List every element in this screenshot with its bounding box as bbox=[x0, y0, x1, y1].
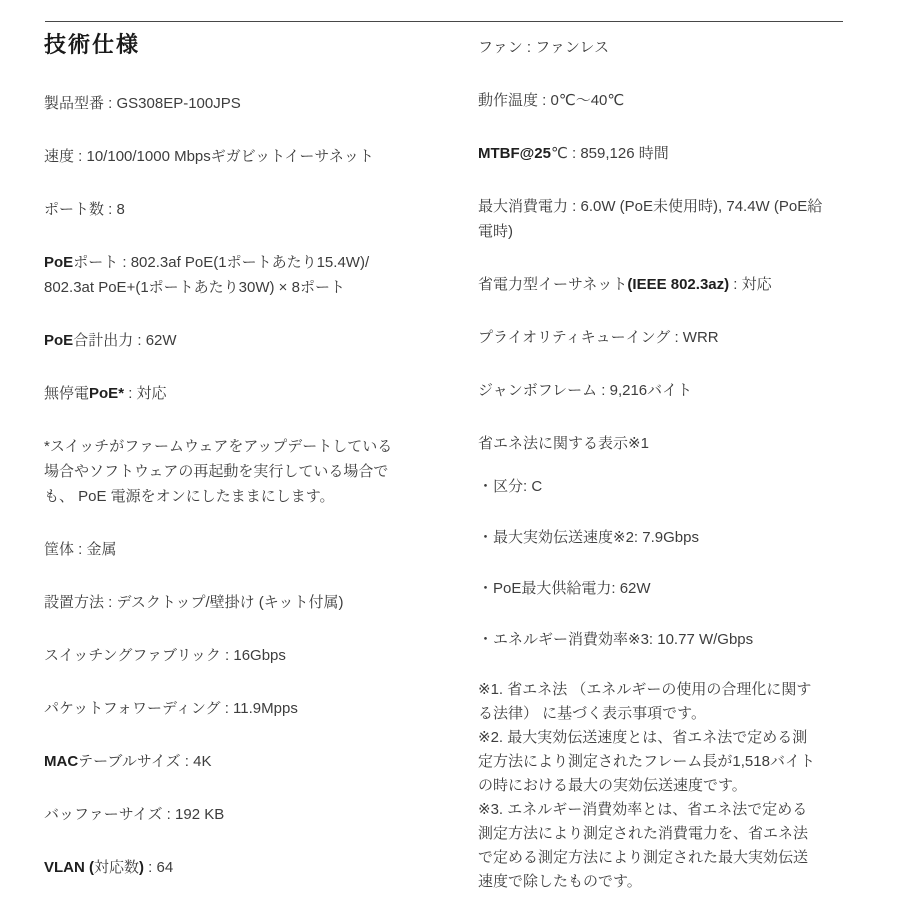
energy-efficient-ethernet-text: (IEEE 802.3az) bbox=[627, 276, 729, 293]
right-spec-list: ファン : ファンレス動作温度 : 0℃～40℃MTBF@25℃ : 859,1… bbox=[478, 35, 896, 894]
footnotes-text: ※1. 省エネ法 （エネルギーの使用の合理化に関す る法律） に基づく表示事項で… bbox=[478, 681, 815, 890]
max-effective-speed-text: ・最大実効伝送速度※2: 7.9Gbps bbox=[478, 529, 699, 546]
speed-text: 速度 : 10/100/1000 Mbpsギガビットイーサネット bbox=[44, 148, 374, 165]
product-model-text: 製品型番 : GS308EP-100JPS bbox=[44, 95, 241, 112]
jumbo-frame-text: ジャンボフレーム : 9,216バイト bbox=[478, 382, 692, 399]
energy-law-heading-text: 省エネ法に関する表示※1 bbox=[478, 435, 649, 452]
speed: 速度 : 10/100/1000 Mbpsギガビットイーサネット bbox=[44, 144, 474, 169]
buffer-size-text: バッファーサイズ : 192 KB bbox=[44, 806, 224, 823]
buffer-size: バッファーサイズ : 192 KB bbox=[44, 802, 474, 827]
poe-ports: PoEポート : 802.3af PoE(1ポートあたり15.4W)/ 802.… bbox=[44, 250, 474, 300]
poe-note: *スイッチがファームウェアをアップデートしている 場合やソフトウェアの再起動を実… bbox=[44, 434, 474, 509]
product-model: 製品型番 : GS308EP-100JPS bbox=[44, 91, 474, 116]
mounting: 設置方法 : デスクトップ/壁掛け (キット付属) bbox=[44, 590, 474, 615]
max-effective-speed: ・最大実効伝送速度※2: 7.9Gbps bbox=[478, 525, 896, 550]
ups-poe-text: : 対応 bbox=[124, 385, 167, 402]
energy-efficient-ethernet-text: : 対応 bbox=[729, 276, 772, 293]
poe-total-output-text: PoE bbox=[44, 332, 73, 349]
mtbf-text: ℃ : 859,126 時間 bbox=[551, 145, 669, 162]
page-title: 技術仕様 bbox=[44, 30, 474, 60]
operating-temperature: 動作温度 : 0℃～40℃ bbox=[478, 88, 896, 113]
fan-text: ファン : ファンレス bbox=[478, 39, 609, 56]
port-count-text: ポート数 : 8 bbox=[44, 201, 125, 218]
mac-table-size-text: テーブルサイズ : 4K bbox=[78, 753, 211, 770]
top-divider bbox=[45, 21, 843, 22]
priority-queuing-text: プライオリティキューイング : WRR bbox=[478, 329, 719, 346]
switching-fabric-text: スイッチングファブリック : 16Gbps bbox=[44, 647, 286, 664]
ups-poe-text: 無停電 bbox=[44, 385, 89, 402]
mtbf: MTBF@25℃ : 859,126 時間 bbox=[478, 141, 896, 166]
max-power-consumption: 最大消費電力 : 6.0W (PoE未使用時), 74.4W (PoE給 電時) bbox=[478, 194, 896, 244]
packet-forwarding: パケットフォワーディング : 11.9Mpps bbox=[44, 696, 474, 721]
mtbf-text: MTBF@25 bbox=[478, 145, 551, 162]
priority-queuing: プライオリティキューイング : WRR bbox=[478, 325, 896, 350]
mac-table-size-text: MAC bbox=[44, 753, 78, 770]
port-count: ポート数 : 8 bbox=[44, 197, 474, 222]
jumbo-frame: ジャンボフレーム : 9,216バイト bbox=[478, 378, 896, 403]
operating-temperature-text: 動作温度 : 0℃～40℃ bbox=[478, 92, 624, 109]
poe-max-supply-text: ・PoE最大供給電力: 62W bbox=[478, 580, 651, 597]
poe-total-output-text: 合計出力 : 62W bbox=[73, 332, 176, 349]
vlan-count-text: VLAN ( bbox=[44, 859, 94, 876]
housing: 筐体 : 金属 bbox=[44, 537, 474, 562]
energy-class: ・区分: C bbox=[478, 474, 896, 499]
energy-efficient-ethernet: 省電力型イーサネット(IEEE 802.3az) : 対応 bbox=[478, 272, 896, 297]
right-column: ファン : ファンレス動作温度 : 0℃～40℃MTBF@25℃ : 859,1… bbox=[478, 35, 896, 894]
ups-poe: 無停電PoE* : 対応 bbox=[44, 381, 474, 406]
left-spec-list: 製品型番 : GS308EP-100JPS速度 : 10/100/1000 Mb… bbox=[44, 91, 474, 880]
switching-fabric: スイッチングファブリック : 16Gbps bbox=[44, 643, 474, 668]
poe-ports-text: PoE bbox=[44, 254, 73, 271]
energy-efficient-ethernet-text: 省電力型イーサネット bbox=[478, 276, 627, 293]
fan: ファン : ファンレス bbox=[478, 35, 896, 60]
spec-page: 技術仕様 製品型番 : GS308EP-100JPS速度 : 10/100/10… bbox=[0, 0, 900, 900]
poe-note-text: *スイッチがファームウェアをアップデートしている 場合やソフトウェアの再起動を実… bbox=[44, 438, 392, 505]
ups-poe-text: PoE* bbox=[89, 385, 124, 402]
energy-class-text: ・区分: C bbox=[478, 478, 542, 495]
mounting-text: 設置方法 : デスクトップ/壁掛け (キット付属) bbox=[44, 594, 343, 611]
vlan-count-text: 対応数 bbox=[94, 859, 139, 876]
vlan-count-text: : 64 bbox=[144, 859, 173, 876]
housing-text: 筐体 : 金属 bbox=[44, 541, 117, 558]
footnotes: ※1. 省エネ法 （エネルギーの使用の合理化に関す る法律） に基づく表示事項で… bbox=[478, 678, 896, 894]
left-column: 技術仕様 製品型番 : GS308EP-100JPS速度 : 10/100/10… bbox=[44, 30, 474, 900]
poe-total-output: PoE合計出力 : 62W bbox=[44, 328, 474, 353]
packet-forwarding-text: パケットフォワーディング : 11.9Mpps bbox=[44, 700, 298, 717]
vlan-count: VLAN (対応数) : 64 bbox=[44, 855, 474, 880]
max-power-consumption-text: 最大消費電力 : 6.0W (PoE未使用時), 74.4W (PoE給 電時) bbox=[478, 198, 822, 240]
poe-ports-text: ポート : 802.3af PoE(1ポートあたり15.4W)/ 802.3at… bbox=[44, 254, 369, 296]
energy-efficiency: ・エネルギー消費効率※3: 10.77 W/Gbps bbox=[478, 627, 896, 652]
energy-law-heading: 省エネ法に関する表示※1 bbox=[478, 431, 896, 456]
energy-efficiency-text: ・エネルギー消費効率※3: 10.77 W/Gbps bbox=[478, 631, 753, 648]
mac-table-size: MACテーブルサイズ : 4K bbox=[44, 749, 474, 774]
poe-max-supply: ・PoE最大供給電力: 62W bbox=[478, 576, 896, 601]
